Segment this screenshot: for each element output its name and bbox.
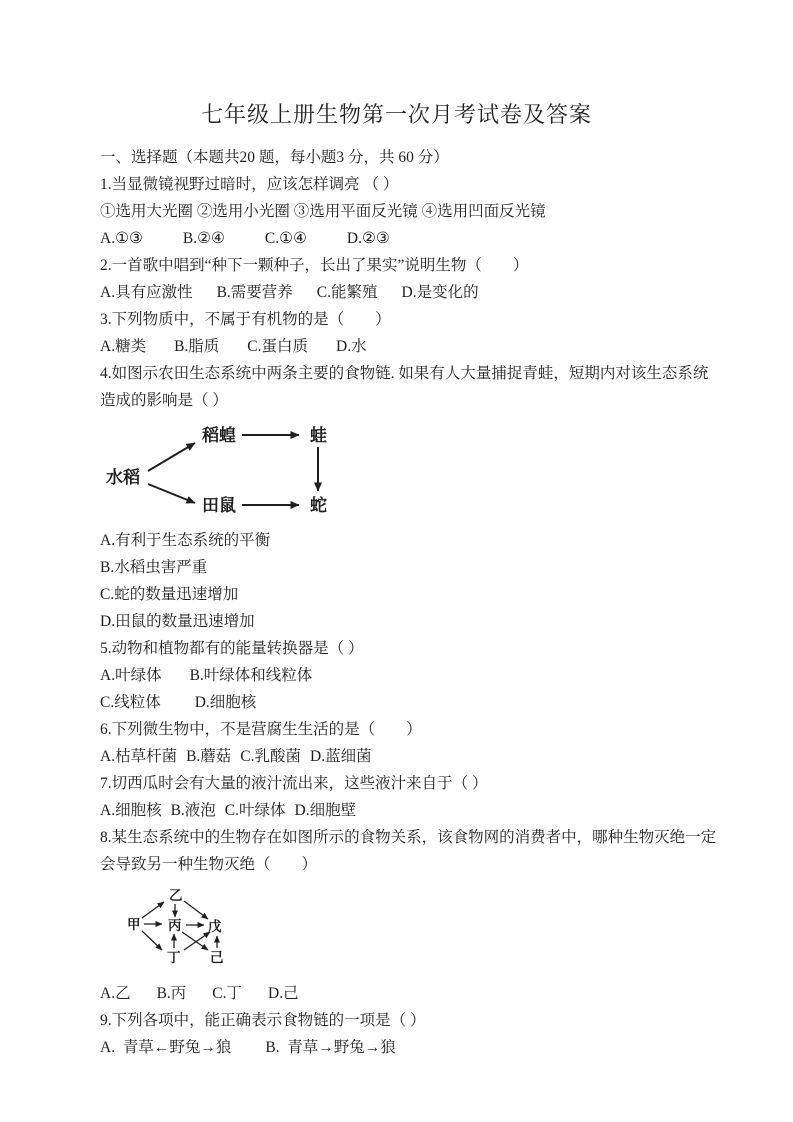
question-1-option-b: B.②④	[183, 225, 225, 252]
food-web-node-yi: 乙	[169, 888, 183, 903]
arrow-jia-to-ding	[142, 931, 162, 950]
question-8-stem-line1: 8.某生态系统中的生物存在如图所示的食物关系，该食物网的消费者中，哪种生物灭绝一…	[100, 824, 703, 851]
food-web-node-wu: 戊	[208, 919, 222, 934]
arrow-yi-to-wu	[184, 901, 208, 919]
food-chain-node-rice: 水稻	[106, 467, 140, 487]
question-9-options: A. 青草←野兔→狼 B. 青草→野兔→狼	[100, 1034, 703, 1061]
food-web-node-ding: 丁	[167, 950, 181, 965]
question-7-option-c: C.叶绿体	[225, 797, 286, 824]
question-4-option-a: A.有利于生态系统的平衡	[100, 527, 703, 554]
question-8-option-d: D.己	[268, 980, 299, 1007]
question-1-options: A.①③ B.②④ C.①④ D.②③	[100, 225, 703, 252]
page-title: 七年级上册生物第一次月考试卷及答案	[0, 100, 793, 130]
question-6-option-d: D.蓝细菌	[310, 743, 372, 770]
question-5-stem: 5.动物和植物都有的能量转换器是（ ）	[100, 635, 703, 662]
question-3-option-a: A.糖类	[100, 333, 146, 360]
question-3-options: A.糖类 B.脂质 C.蛋白质 D.水	[100, 333, 703, 360]
arrow-jia-to-yi	[142, 902, 164, 918]
exam-page: 七年级上册生物第一次月考试卷及答案 一、选择题（本题共20 题，每小题3 分，共…	[0, 0, 793, 1122]
food-web-diagram: 甲 乙 丙 戊 丁 己	[114, 882, 254, 974]
question-5-option-d: D.细胞核	[195, 689, 257, 716]
question-8-option-c: C.丁	[212, 980, 242, 1007]
question-9-stem: 9.下列各项中，能正确表示食物链的一项是（ ）	[100, 1007, 703, 1034]
food-web-node-ji: 己	[210, 950, 224, 965]
question-7-stem: 7.切西瓜时会有大量的液汁流出来，这些液汁来自于（ ）	[100, 770, 703, 797]
question-5-option-a: A.叶绿体	[100, 662, 162, 689]
question-4-stem-line2: 造成的影响是（ ）	[100, 387, 703, 414]
question-8-option-b: B.丙	[157, 980, 187, 1007]
food-web-node-jia: 甲	[127, 917, 141, 932]
question-7-option-d: D.细胞壁	[295, 797, 357, 824]
question-7-options: A.细胞核 B.液泡 C.叶绿体 D.细胞壁	[100, 797, 703, 824]
question-3-option-d: D.水	[336, 333, 367, 360]
question-4-stem-line1: 4.如图示农田生态系统中两条主要的食物链. 如果有人大量捕捉青蛙，短期内对该生态…	[100, 360, 703, 387]
question-2-option-d: D.是变化的	[402, 279, 479, 306]
arrow-bing-to-ji	[182, 932, 208, 950]
question-2-option-c: C.能繁殖	[317, 279, 378, 306]
question-9-option-b: B. 青草→野兔→狼	[265, 1034, 395, 1061]
food-chain-node-frog: 蛙	[310, 425, 327, 445]
question-6-option-a: A.枯草杆菌	[100, 743, 177, 770]
question-1-stem: 1.当显微镜视野过暗时，应该怎样调亮 （ ）	[100, 171, 703, 198]
question-4-option-d: D.田鼠的数量迅速增加	[100, 608, 703, 635]
question-1-option-c: C.①④	[265, 225, 307, 252]
question-8-stem-line2: 会导致另一种生物灭绝（ ）	[100, 851, 703, 878]
question-7-option-a: A.细胞核	[100, 797, 162, 824]
question-1-option-a: A.①③	[100, 225, 143, 252]
question-1-numbered-choices: ①选用大光圈 ②选用小光圈 ③选用平面反光镜 ④选用凹面反光镜	[100, 198, 703, 225]
question-8-options: A.乙 B.丙 C.丁 D.己	[100, 980, 703, 1007]
food-chain-diagram: 水稻 稻蝗 蛙 田鼠 蛇	[102, 419, 372, 519]
question-7-option-b: B.液泡	[171, 797, 216, 824]
arrow-rice-to-vole	[148, 484, 195, 503]
question-2-option-b: B.需要营养	[217, 279, 293, 306]
question-5-options-row2: C.线粒体 D.细胞核	[100, 689, 703, 716]
arrow-rice-to-locust	[148, 443, 195, 471]
food-chain-node-snake: 蛇	[310, 496, 328, 515]
exam-content: 一、选择题（本题共20 题，每小题3 分，共 60 分） 1.当显微镜视野过暗时…	[0, 144, 793, 1061]
question-2-option-a: A.具有应激性	[100, 279, 193, 306]
question-6-option-b: B.蘑菇	[186, 743, 231, 770]
question-6-stem: 6.下列微生物中，不是营腐生生活的是（ ）	[100, 716, 703, 743]
food-chain-node-vole: 田鼠	[202, 495, 236, 515]
question-4-option-b: B.水稻虫害严重	[100, 554, 703, 581]
food-chain-node-locust: 稻蝗	[201, 425, 236, 445]
question-5-option-c: C.线粒体	[100, 689, 161, 716]
question-3-stem: 3.下列物质中，不属于有机物的是（ ）	[100, 306, 703, 333]
question-6-options: A.枯草杆菌 B.蘑菇 C.乳酸菌 D.蓝细菌	[100, 743, 703, 770]
arrow-ding-to-wu	[184, 932, 210, 950]
question-5-option-b: B.叶绿体和线粒体	[190, 662, 313, 689]
question-6-option-c: C.乳酸菌	[240, 743, 301, 770]
question-5-options-row1: A.叶绿体 B.叶绿体和线粒体	[100, 662, 703, 689]
question-3-option-c: C.蛋白质	[247, 333, 308, 360]
food-web-node-bing: 丙	[168, 918, 182, 933]
question-4-option-c: C.蛇的数量迅速增加	[100, 581, 703, 608]
section-header: 一、选择题（本题共20 题，每小题3 分，共 60 分）	[100, 144, 703, 171]
question-9-option-a: A. 青草←野兔→狼	[100, 1034, 231, 1061]
question-2-options: A.具有应激性 B.需要营养 C.能繁殖 D.是变化的	[100, 279, 703, 306]
question-1-option-d: D.②③	[347, 225, 390, 252]
question-2-stem: 2.一首歌中唱到“种下一颗种子，长出了果实”说明生物（ ）	[100, 252, 703, 279]
question-8-option-a: A.乙	[100, 980, 131, 1007]
question-3-option-b: B.脂质	[174, 333, 219, 360]
